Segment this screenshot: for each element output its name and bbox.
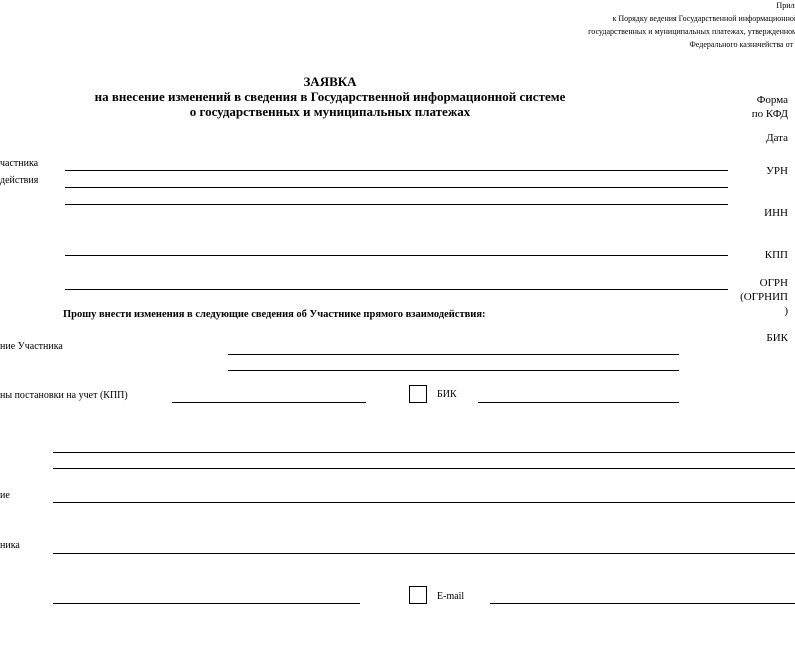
title-subtitle-1: на внесение изменений в сведения в Госуд… [40, 89, 620, 104]
email-line[interactable] [490, 603, 795, 604]
bik-checkbox[interactable] [409, 385, 427, 403]
kpp-label: КПП [765, 248, 788, 262]
participant-label-2: действия [0, 174, 38, 188]
bik-label: БИК [766, 331, 788, 345]
ogrn-label-2: (ОГРНИП [740, 290, 788, 304]
address-line[interactable] [53, 502, 795, 503]
ogrn-label-3: ) [784, 304, 788, 318]
form-label-1: Форма [757, 93, 788, 107]
appendix-line-2: к Порядку ведения Государственной информ… [612, 12, 795, 26]
head-line[interactable] [53, 553, 795, 554]
urn-label: УРН [766, 164, 788, 178]
participant-label-1: частника [0, 157, 38, 171]
phone-line[interactable] [53, 603, 360, 604]
title-main: ЗАЯВКА [40, 74, 620, 89]
participant-line-4[interactable] [65, 255, 728, 256]
ogrn-label-1: ОГРН [760, 276, 788, 290]
kpp-change-label: ны постановки на учет (КПП) [0, 389, 128, 403]
name-line-1[interactable] [228, 354, 679, 355]
participant-line-3[interactable] [65, 204, 728, 205]
request-text: Прошу внести изменения в следующие сведе… [63, 309, 486, 320]
document-title: ЗАЯВКА на внесение изменений в сведения … [40, 74, 620, 119]
address-label: ие [0, 489, 10, 503]
inn-label: ИНН [764, 206, 788, 220]
wide-line-1[interactable] [53, 452, 795, 453]
participant-line-5[interactable] [65, 289, 728, 290]
participant-line-2[interactable] [65, 187, 728, 188]
form-label-2: по КФД [752, 107, 788, 121]
appendix-line-1: Приложение № 2 [776, 0, 795, 13]
appendix-line-3: государственных и муниципальных платежах… [588, 25, 795, 39]
date-label: Дата [766, 131, 788, 145]
email-checkbox-label: E-mail [437, 590, 464, 604]
wide-line-2[interactable] [53, 468, 795, 469]
title-subtitle-2: о государственных и муниципальных платеж… [40, 104, 620, 119]
name-label: ние Участника [0, 340, 63, 354]
head-label: ника [0, 539, 20, 553]
name-line-2[interactable] [228, 370, 679, 371]
kpp-change-line[interactable] [172, 402, 366, 403]
participant-line-1[interactable] [65, 170, 728, 171]
appendix-line-4: Федерального казначейства от __________ [689, 38, 795, 52]
email-checkbox[interactable] [409, 586, 427, 604]
bik-checkbox-label: БИК [437, 388, 457, 402]
bik-change-line[interactable] [478, 402, 679, 403]
